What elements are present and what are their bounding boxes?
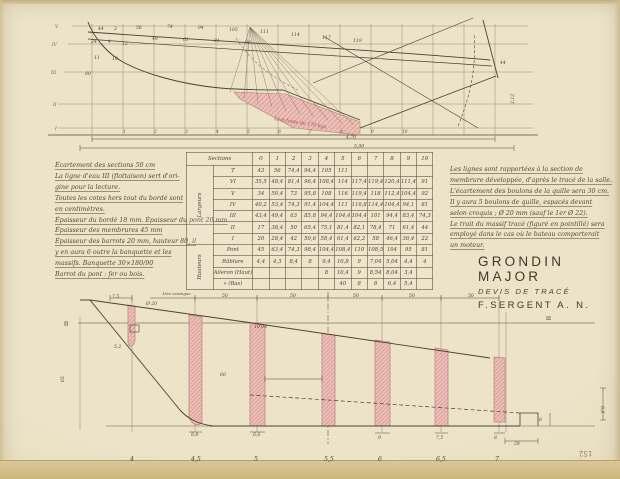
keel-ballast-shape (234, 92, 360, 135)
station-number: 1 (123, 130, 126, 135)
dim-label: 12 (122, 41, 128, 47)
table-row: Aileron (Haut)810,498,548,043,4 (187, 267, 433, 278)
dim-label: 61 (183, 37, 189, 43)
offset-value: 49,4 (269, 211, 285, 222)
group-label-largeurs: Largeurs (187, 166, 214, 245)
offset-value: 110 (351, 245, 367, 256)
spacing-dim: 50 (353, 293, 359, 299)
note-line: Les lignes sont rapportées à la section … (450, 165, 615, 176)
handwritten-notes-left: Écartement des sections 50 cmLa ligne d'… (55, 161, 205, 281)
offset-value: 81,4 (335, 222, 351, 233)
offset-value: 104,4 (335, 211, 351, 222)
dim-label: 105 (229, 27, 238, 33)
offset-value: 111,4 (400, 177, 416, 188)
offset-value: 34 (253, 188, 269, 199)
waterline-label: V (55, 25, 59, 30)
dim-label: 28 (513, 441, 520, 447)
dim-label: 8 (539, 417, 542, 423)
offset-value: 9,4 (318, 256, 334, 267)
offset-value (285, 278, 301, 289)
table-row: HauteursPont4563,474,398,4104,4108,41101… (187, 245, 433, 256)
note-line: membrure développée, d'après le tracé de… (450, 176, 615, 187)
construction-dimension-lines (110, 295, 606, 444)
offset-value: 56 (269, 166, 285, 177)
offset-value: 62,2 (351, 233, 367, 244)
offset-value: 116 (335, 188, 351, 199)
offset-value: 85,8 (302, 211, 318, 222)
dim-label: 10 (112, 56, 118, 62)
offset-value: 3,4 (400, 267, 416, 278)
offset-value: 82,1 (351, 222, 367, 233)
note-line: y en aura 6 outre la banquette et les (55, 248, 205, 259)
dim-label: 94 (198, 25, 204, 31)
offset-value (253, 278, 269, 289)
offset-value: 74,3 (417, 211, 433, 222)
dim-label: 80 (85, 71, 91, 77)
offset-value (285, 267, 301, 278)
offset-value: 120,4 (384, 177, 400, 188)
note-line: selon croquis ; Ø 20 mm (sauf le 1er Ø 2… (450, 209, 615, 220)
offset-value: 8,04 (384, 267, 400, 278)
offset-value: 28,4 (269, 233, 285, 244)
offset-value: 119,4 (351, 188, 367, 199)
paper-edge-top (0, 0, 620, 4)
table-row: V3450,47395,8108116119,4118112,4104,492 (187, 188, 433, 199)
offset-value: 8 (318, 267, 334, 278)
note-line: employé dans le cas où le bateau comport… (450, 230, 615, 241)
offset-value: 95,8 (302, 188, 318, 199)
section-column-header: 0 (253, 153, 269, 166)
section-column-header: 10 (417, 153, 433, 166)
overall-dim: 5,00 (354, 144, 364, 150)
offset-value (302, 278, 318, 289)
offset-value: 43,4 (253, 211, 269, 222)
offset-value: 10,8 (335, 256, 351, 267)
note-line: Il y aura 5 boulons de quille, espacés d… (450, 198, 615, 209)
paper-edge-left (0, 0, 5, 479)
dim-label: 117 (322, 35, 331, 41)
offset-value: 119,4 (367, 177, 383, 188)
offset-value: 101 (367, 211, 383, 222)
row-label: V (213, 188, 253, 199)
offset-value (417, 267, 433, 278)
dim-label: 81 (214, 38, 220, 44)
offset-value: 104 (384, 245, 400, 256)
row-label: » (Bas) (213, 278, 253, 289)
offset-value: 50 (285, 222, 301, 233)
group-label-hauteurs: Hauteurs (187, 245, 214, 290)
section-column-header: 6 (351, 153, 367, 166)
offset-value: 9 (351, 267, 367, 278)
keel-construction-drawing: IIII50505050507,5Ø 201ère varangue5,2656… (50, 292, 615, 472)
waterline-II-label-left: II (64, 319, 68, 328)
offset-value (417, 166, 433, 177)
waterline-label: IV (51, 43, 58, 48)
first-floor-note: 1ère varangue (162, 292, 191, 296)
offset-value: 114 (335, 177, 351, 188)
offset-value: 45 (253, 245, 269, 256)
dim-label: 119 (353, 38, 362, 44)
table-row: IV40,253,474,391,4104,4111116,8114,4104,… (187, 199, 433, 210)
station-number: 4 (215, 130, 219, 135)
note-line: Toutes les cotes hors tout du bordé sont (55, 194, 205, 205)
offset-value: 35,5 (253, 177, 269, 188)
note-line: un moteur. (450, 241, 615, 252)
row-label: T (213, 166, 253, 177)
offset-value: 63 (285, 211, 301, 222)
bolt-diameter-dim: Ø 20 (145, 300, 157, 307)
dim-label: 49 (151, 36, 158, 42)
note-line: Épaisseur des barrots 20 mm, hauteur 80,… (55, 237, 205, 248)
offset-value: 8 (351, 278, 367, 289)
dim-label: 44 (499, 60, 506, 66)
offset-value: 4,3 (269, 256, 285, 267)
offset-value: 74,4 (285, 166, 301, 177)
station-number: 5 (247, 130, 250, 135)
dim-label: 5,2 (114, 344, 121, 350)
table-row: Râblure4,44,38,489,410,897,045,044,44 (187, 256, 433, 267)
station-label: 6 (378, 456, 382, 463)
row-label: Râblure (213, 256, 253, 267)
offset-value: 36,4 (400, 233, 416, 244)
station-label: 5,5 (324, 456, 334, 463)
waterline-label: III (50, 71, 56, 76)
offset-value: 17 (253, 222, 269, 233)
table-header-row: Sections012345678910 (187, 153, 433, 166)
offset-value: 98,4 (302, 245, 318, 256)
boat-name: GRONDIN MAJOR (478, 254, 620, 284)
row-label: Aileron (Haut) (213, 267, 253, 278)
offset-value: 20 (253, 233, 269, 244)
offset-value: 108,4 (335, 245, 351, 256)
station-label: 7 (495, 456, 499, 463)
dim-label: 2,12 (510, 94, 516, 105)
scanned-plan-sheet: 123456789104,705,00442244121110805674941… (0, 0, 620, 479)
table-row: III43,449,46385,894,4104,4104,410194,483… (187, 211, 433, 222)
offset-value: 74,3 (285, 199, 301, 210)
offset-value (400, 166, 416, 177)
offset-value: 46,4 (384, 233, 400, 244)
offset-value: 117,4 (351, 177, 367, 188)
dim-label: 114 (291, 32, 300, 38)
offset-value: 81 (417, 245, 433, 256)
waterline-II-label-right: II (544, 316, 553, 320)
offset-value: 94,4 (318, 211, 334, 222)
offset-value: 8,4 (285, 256, 301, 267)
offset-value: 5,04 (384, 256, 400, 267)
offset-value: 58,4 (318, 233, 334, 244)
offset-value: 61,4 (400, 222, 416, 233)
offset-value: 63,4 (269, 245, 285, 256)
handwritten-notes-right: Les lignes sont rapportées à la section … (450, 165, 615, 252)
offset-value (253, 267, 269, 278)
overall-dim: 4,70 (345, 135, 356, 141)
dim-label: 8 (494, 435, 497, 441)
offsets-table: Sections012345678910LargeursT435674,494,… (186, 152, 433, 290)
spacing-dim: 50 (290, 293, 296, 299)
section-column-header: 7 (367, 153, 383, 166)
row-label: I (213, 233, 253, 244)
offset-value: 104,4 (351, 211, 367, 222)
profile-annotations: 123456789104,705,00442244121110805674941… (50, 24, 516, 150)
offset-value: 95 (400, 245, 416, 256)
offset-value: 40 (335, 278, 351, 289)
section-column-header: 9 (400, 153, 416, 166)
note-line: L'écartement des boulons de la quille se… (450, 187, 615, 198)
page-number: 152 (579, 449, 592, 457)
station-number: 10 (402, 130, 408, 135)
offset-value: 94,1 (400, 199, 416, 210)
dim-label: 7,5 (436, 435, 443, 441)
offset-value (417, 278, 433, 289)
offset-value: 48,4 (269, 177, 285, 188)
offset-value: 8 (367, 278, 383, 289)
offset-value: 73 (285, 188, 301, 199)
station-label: 6,5 (436, 456, 446, 463)
offset-value (302, 267, 318, 278)
offset-value: 81,4 (285, 177, 301, 188)
row-label: VI (213, 177, 253, 188)
table-corner-label: Sections (187, 153, 253, 166)
station-number: 6 (278, 130, 281, 135)
note-line: Épaisseur du bordé 18 mm. Épaisseur du p… (55, 216, 205, 227)
dim-label: 111 (260, 29, 269, 35)
note-line: Écartement des sections 50 cm (55, 161, 205, 172)
offset-value: 10,4 (335, 267, 351, 278)
offset-value: 108,5 (367, 245, 383, 256)
offset-value: 92 (417, 188, 433, 199)
station-number: 9 (371, 130, 374, 135)
dim-label: 24 (90, 39, 97, 45)
offset-value: 50,4 (269, 188, 285, 199)
offset-value: 116,8 (351, 199, 367, 210)
note-line: Barrot du pont : fer ou bois. (55, 270, 205, 281)
offset-value: 78,4 (367, 222, 383, 233)
note-line: en centimètres. (55, 205, 205, 216)
offset-value (269, 278, 285, 289)
row-label: Pont (213, 245, 253, 256)
station-number: 7 (309, 130, 312, 135)
dim-label: 60 (220, 372, 226, 378)
table-row: LargeursT435674,494,4105111 (187, 166, 433, 177)
offset-value (367, 166, 383, 177)
offset-value: 43 (253, 166, 269, 177)
spacing-dim: 50 (409, 293, 415, 299)
offset-value: 114,4 (367, 199, 383, 210)
offset-value (269, 267, 285, 278)
hull-lines-drawing: 123456789104,705,00442244121110805674941… (28, 8, 568, 156)
profile-dimension-lines (80, 136, 514, 151)
offset-value: 50,6 (302, 233, 318, 244)
row-label: IV (213, 199, 253, 210)
offset-value: 104,4 (318, 245, 334, 256)
offset-value: 65,4 (302, 222, 318, 233)
offset-value: 9 (351, 256, 367, 267)
offset-value: 8,54 (367, 267, 383, 278)
offset-value: 7,04 (367, 256, 383, 267)
spacing-dim: 50 (222, 293, 228, 299)
table-row: I2028,44250,658,461,462,25846,436,422 (187, 233, 433, 244)
offset-value: 6,4 (384, 278, 400, 289)
offset-value: 74,3 (285, 245, 301, 256)
dim-label: 96 (245, 40, 251, 46)
note-line: massifs. Banquette 30×180/90 (55, 259, 205, 270)
offset-value: 108,4 (318, 177, 334, 188)
offset-value (351, 166, 367, 177)
offset-value: 4,4 (253, 256, 269, 267)
offset-value: 5,4 (400, 278, 416, 289)
offset-value: 8 (302, 256, 318, 267)
offset-value: 81 (417, 199, 433, 210)
offset-value: 40,2 (253, 199, 269, 210)
dim-label: 56 (136, 25, 142, 31)
dim-label: 2 (113, 26, 117, 32)
offset-value: 38,4 (269, 222, 285, 233)
offset-value: 53,4 (269, 199, 285, 210)
note-line: Le trait du massif tracé (figuré en poin… (450, 220, 615, 231)
station-number: 3 (185, 130, 188, 135)
offset-value: 111 (335, 166, 351, 177)
offset-value: 112,4 (384, 188, 400, 199)
waterline-label: II (52, 103, 57, 108)
section-column-header: 4 (318, 153, 334, 166)
note-line: La ligne d'eau III (flottaison) sert d'o… (55, 172, 205, 183)
section-column-header: 1 (269, 153, 285, 166)
offset-value: 22 (417, 233, 433, 244)
row-label: III (213, 211, 253, 222)
offset-value: 4,4 (400, 256, 416, 267)
station-label: 4,5 (190, 456, 201, 463)
offset-value: 44 (417, 222, 433, 233)
offset-value (318, 278, 334, 289)
offset-value: 75,1 (318, 222, 334, 233)
section-column-header: 8 (384, 153, 400, 166)
dim-label: 10,08 (254, 324, 267, 330)
offset-value: 61,4 (335, 233, 351, 244)
offset-value: 96,4 (302, 177, 318, 188)
dim-label: 7,5 (112, 294, 119, 300)
offset-value: 71 (384, 222, 400, 233)
station-number: 2 (153, 130, 157, 135)
offset-value: 91,4 (302, 199, 318, 210)
note-line: Épaisseur des membrures 45 mm (55, 226, 205, 237)
offset-value: 94,4 (384, 211, 400, 222)
station-label: 5 (254, 456, 258, 463)
station-label: 4 (129, 456, 134, 463)
dim-label: 9 (378, 435, 381, 441)
section-column-header: 3 (302, 153, 318, 166)
dim-label: 65 (60, 376, 66, 382)
offset-value: 104,4 (318, 199, 334, 210)
row-label: II (213, 222, 253, 233)
offset-value: 58 (367, 233, 383, 244)
offset-value: 105 (318, 166, 334, 177)
offset-value: 104,4 (384, 199, 400, 210)
offset-value: 118 (367, 188, 383, 199)
note-line: gine pour la lecture. (55, 183, 205, 194)
dim-label: 11 (94, 55, 100, 61)
section-column-header: 2 (285, 153, 301, 166)
offset-value: 108 (318, 188, 334, 199)
section-column-header: 5 (335, 153, 351, 166)
offset-value: 42 (285, 233, 301, 244)
dim-label: 6,8 (599, 406, 605, 413)
dim-label: 74 (167, 24, 173, 30)
offset-value: 4 (417, 256, 433, 267)
offset-value: 94,4 (302, 166, 318, 177)
offset-value: 104,4 (400, 188, 416, 199)
waterline-label: I (54, 127, 57, 132)
spacing-dim: 50 (468, 293, 474, 299)
table-row: VI35,548,481,496,4108,4114117,4119,4120,… (187, 177, 433, 188)
station-number: 8 (340, 130, 343, 135)
offset-value: 91 (417, 177, 433, 188)
dim-label: 4 (107, 39, 111, 45)
keel-profile-lines (80, 300, 595, 426)
dim-label: 8,8 (191, 432, 198, 438)
offset-value: 83,4 (400, 211, 416, 222)
dim-label: 44 (97, 26, 104, 32)
dim-label: 6,6 (253, 432, 260, 438)
table-row: » (Bas)40886,45,4 (187, 278, 433, 289)
offset-value (384, 166, 400, 177)
table-row: II1738,45065,475,181,482,178,47161,444 (187, 222, 433, 233)
offset-value: 111 (335, 199, 351, 210)
